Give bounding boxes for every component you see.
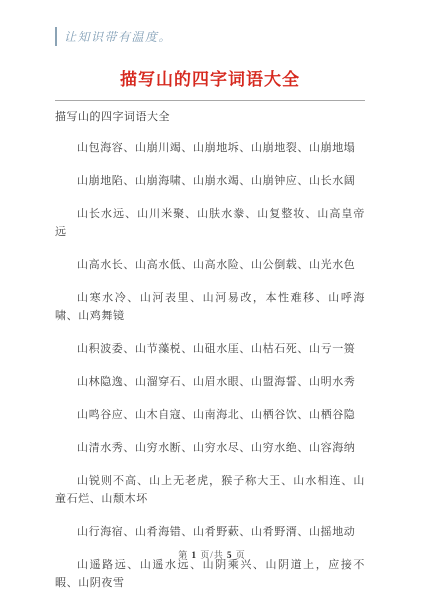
idiom-paragraph: 山高水长、山高水低、山高水险、山公倒载、山光水色 xyxy=(55,256,365,274)
idiom-paragraph: 山林隐逸、山溜穿石、山眉水眼、山盟海誓、山明水秀 xyxy=(55,373,365,391)
footer-suffix: 页 xyxy=(236,550,246,560)
idiom-paragraph: 山包海容、山崩川竭、山崩地坼、山崩地裂、山崩地塌 xyxy=(55,139,365,157)
slogan-accent-bar xyxy=(55,27,57,46)
page-header: 让知识带有温度。 xyxy=(55,26,365,46)
idiom-paragraph: 山清水秀、山穷水断、山穷水尽、山穷水绝、山容海纳 xyxy=(55,439,365,457)
footer-current-page: 1 xyxy=(191,550,197,560)
idiom-paragraph: 山行海宿、山肴海错、山肴野蔌、山肴野湑、山摇地动 xyxy=(55,523,365,541)
footer-prefix: 第 xyxy=(178,550,188,560)
idiom-paragraph: 山积波委、山节藻棁、山砠水厓、山枯石死、山亏一篑 xyxy=(55,340,365,358)
document-title: 描写山的四字词语大全 xyxy=(55,65,365,90)
idiom-paragraph: 山寒水冷、山河表里、山河易改，本性难移、山呼海啸、山鸡舞镜 xyxy=(55,289,365,325)
title-divider xyxy=(55,100,365,101)
idiom-paragraph: 山遥路远、山遥水远、山阴乘兴、山阴道上，应接不暇、山阴夜雪 xyxy=(55,556,365,592)
page-number-footer: 第 1 页/共 5 页 xyxy=(0,548,424,561)
idiom-paragraph: 山长水远、山川米聚、山肤水豢、山复整妆、山高皇帝远 xyxy=(55,205,365,241)
footer-total-pages: 5 xyxy=(227,550,233,560)
document-subtitle: 描写山的四字词语大全 xyxy=(55,108,365,124)
idiom-paragraph: 山崩地陷、山崩海啸、山崩水竭、山崩钟应、山长水阔 xyxy=(55,172,365,190)
document-page: 让知识带有温度。 描写山的四字词语大全 描写山的四字词语大全 山包海容、山崩川竭… xyxy=(0,0,424,600)
idiom-paragraph: 山鸣谷应、山木自寇、山南海北、山栖谷饮、山栖谷隐 xyxy=(55,406,365,424)
idiom-paragraph: 山锐则不高、山上无老虎，猴子称大王、山水相连、山童石烂、山颓木坏 xyxy=(55,472,365,508)
document-body: 山包海容、山崩川竭、山崩地坼、山崩地裂、山崩地塌 山崩地陷、山崩海啸、山崩水竭、… xyxy=(55,139,365,592)
slogan-text: 让知识带有温度。 xyxy=(64,28,172,45)
footer-separator: 页/共 xyxy=(200,550,224,560)
